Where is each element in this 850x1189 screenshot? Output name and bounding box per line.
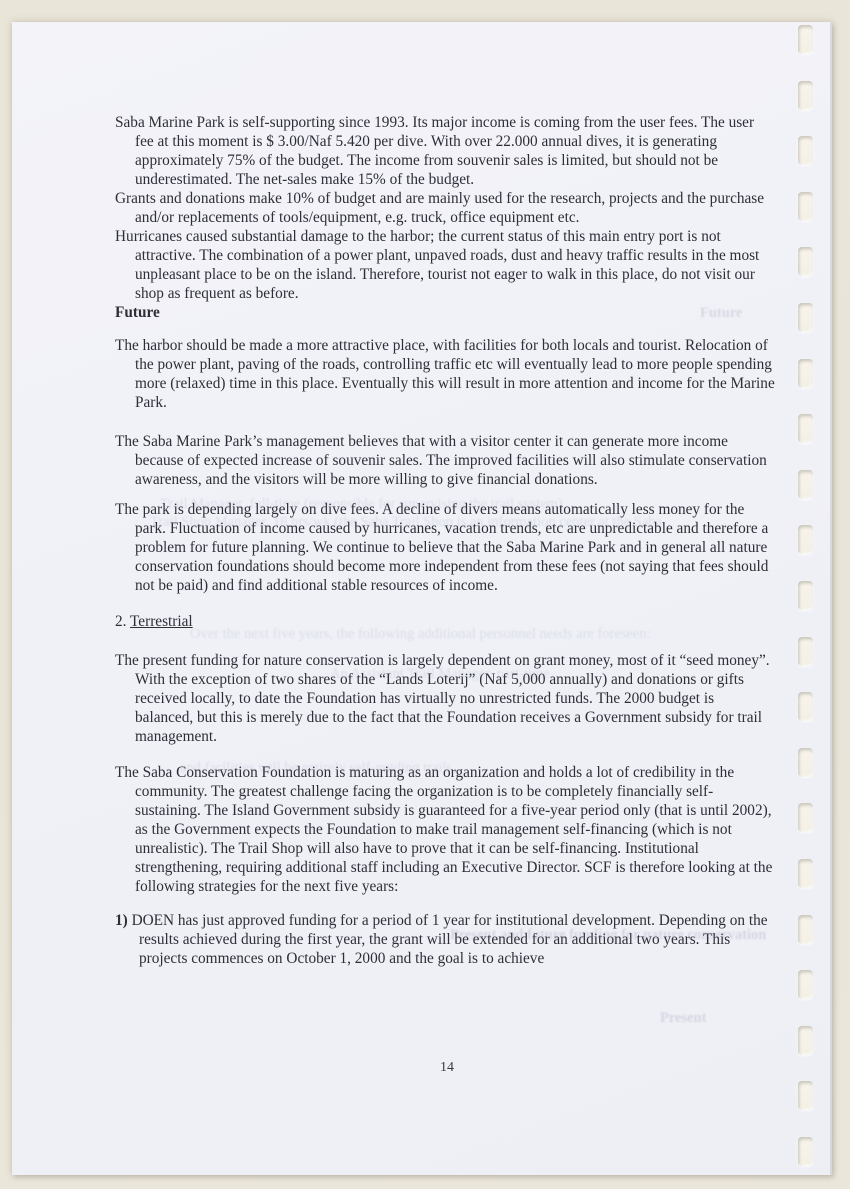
binding-hole xyxy=(798,81,813,110)
binding-hole xyxy=(798,359,813,388)
page-number: 14 xyxy=(377,1060,517,1076)
binding-hole xyxy=(798,1137,813,1166)
binding-hole xyxy=(798,303,813,332)
numbered-list-item: 1) DOEN has just approved funding for a … xyxy=(115,911,775,968)
paragraph: The Saba Conservation Foundation is matu… xyxy=(115,763,775,896)
binding-hole xyxy=(798,470,813,499)
binding-hole xyxy=(798,525,813,554)
paragraph: The present funding for nature conservat… xyxy=(115,651,775,746)
binding-hole xyxy=(798,25,813,54)
binding-hole xyxy=(798,915,813,944)
section-heading: Future xyxy=(115,303,775,322)
binding-hole xyxy=(798,803,813,832)
section-title-text: Terrestrial xyxy=(130,613,193,630)
binding-hole xyxy=(798,192,813,221)
paragraph: Saba Marine Park is self-supporting sinc… xyxy=(115,113,775,189)
list-item-text: DOEN has just approved funding for a per… xyxy=(132,912,768,967)
paragraph: Grants and donations make 10% of budget … xyxy=(115,189,775,227)
binding-hole xyxy=(798,970,813,999)
binding-hole xyxy=(798,414,813,443)
bleedthrough-text: Present xyxy=(660,1010,706,1027)
binding-hole xyxy=(798,247,813,276)
paragraph: Hurricanes caused substantial damage to … xyxy=(115,227,775,303)
binding-hole xyxy=(798,859,813,888)
binding-hole xyxy=(798,136,813,165)
scanned-page: Saba Marine Park is self-supporting sinc… xyxy=(12,22,832,1175)
scanner-background: { "document": { "page_number": "14", "pa… xyxy=(0,0,850,1189)
binding-hole xyxy=(798,581,813,610)
list-item-marker: 1) xyxy=(115,912,132,929)
binding-hole xyxy=(798,1026,813,1055)
paragraph: The harbor should be made a more attract… xyxy=(115,336,775,412)
page-text: Saba Marine Park is self-supporting sinc… xyxy=(115,22,775,968)
binding-hole xyxy=(798,1081,813,1110)
binding-hole xyxy=(798,692,813,721)
paragraph: The Saba Marine Park’s management believ… xyxy=(115,432,775,489)
section-title-number: 2. xyxy=(115,613,130,630)
binding-hole xyxy=(798,748,813,777)
section-title: 2. Terrestrial xyxy=(115,612,775,631)
paragraph: The park is depending largely on dive fe… xyxy=(115,500,775,595)
binding-hole xyxy=(798,637,813,666)
binding-holes xyxy=(798,22,813,1175)
